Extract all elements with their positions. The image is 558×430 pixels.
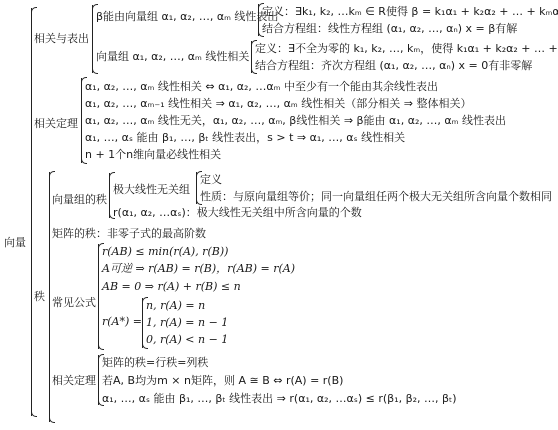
adjugate-case-3: 0, r(A) < n − 1 bbox=[146, 333, 228, 347]
formula-ab-zero: AB = 0 ⇒ r(A) + r(B) ≤ n bbox=[102, 280, 241, 294]
rank-theorem-2: 若A, B均为m × n矩阵，则 A ≅ B ⇔ r(A) = r(B) bbox=[102, 374, 343, 388]
max-independent-set-property: 性质：与原向量组等价；同一向量组任两个极大无关组所含向量个数相同 bbox=[200, 190, 552, 204]
rank-theorems-label: 相关定理 bbox=[52, 374, 96, 388]
rank-theorem-3: α₁, …, αₛ 能由 β₁, …, βₜ 线性表出 ⇒ r(α₁, α₂, … bbox=[102, 392, 457, 406]
max-independent-set-label: 极大线性无关组 bbox=[113, 183, 190, 197]
max-independent-set-definition: 定义 bbox=[200, 173, 222, 187]
brace-related-theorems bbox=[81, 78, 82, 163]
brace-related-expressed bbox=[92, 5, 93, 73]
linear-dependence-label: 向量组 α₁, α₂, …, αₘ 线性相关 bbox=[96, 50, 249, 64]
rank-theorem-1: 矩阵的秩=行秩=列秩 bbox=[102, 356, 208, 370]
root-label-vector: 向量 bbox=[4, 236, 26, 250]
vector-group-rank-label: 向量组的秩 bbox=[52, 193, 107, 207]
rank-definition: r(α₁, α₂, …αₛ)：极大线性无关组中所含向量的个数 bbox=[113, 206, 362, 220]
adjugate-case-2: 1, r(A) = n − 1 bbox=[146, 316, 228, 330]
matrix-rank-definition: 矩阵的秩：非零子式的最高阶数 bbox=[52, 227, 206, 241]
linear-dependence-equation-system: 结合方程组：齐次方程组 (α₁, α₂, …, αₙ) x = 0有非零解 bbox=[255, 59, 532, 73]
brace-vector-group-rank bbox=[109, 173, 110, 218]
theorem-2: α₁, α₂, …, αₘ₋₁ 线性相关 ⇒ α₁, α₂, …, αₘ 线性相… bbox=[85, 97, 471, 111]
beta-expressible-label: β能由向量组 α₁, α₂, …, αₘ 线性表出 bbox=[96, 10, 278, 24]
formula-adjugate-rank: r(A*) = bbox=[102, 315, 142, 329]
brace-rank bbox=[49, 172, 50, 422]
root-brace bbox=[31, 8, 32, 416]
branch-related-theorems: 相关定理 bbox=[34, 117, 78, 131]
formula-rank-product: r(AB) ≤ min(r(A), r(B)) bbox=[102, 245, 228, 259]
beta-expressible-definition: 定义：∃k₁, k₂, …kₘ ∈ R使得 β = k₁α₁ + k₂α₂ + … bbox=[262, 5, 558, 19]
linear-dependence-definition: 定义：∃不全为零的 k₁, k₂, …, kₘ，使得 k₁α₁ + k₂α₂ +… bbox=[255, 42, 558, 56]
branch-rank: 秩 bbox=[34, 290, 45, 304]
theorem-4: α₁, …, αₛ 能由 β₁, …, βₜ 线性表出，s > t ⇒ α₁, … bbox=[85, 131, 405, 145]
brace-linear-dependence bbox=[251, 41, 252, 73]
branch-related-and-expressed: 相关与表出 bbox=[34, 32, 89, 46]
theorem-1: α₁, α₂, …, αₘ 线性相关 ⇔ α₁, α₂, …αₘ 中至少有一个能… bbox=[85, 80, 438, 94]
brace-rank-theorems bbox=[98, 355, 99, 405]
brace-common-formulas bbox=[98, 244, 99, 349]
formula-invertible: A可逆 ⇒ r(AB) = r(B)，r(AB) = r(A) bbox=[102, 262, 295, 276]
brace-max-independent-set bbox=[196, 172, 197, 204]
theorem-5: n + 1个n维向量必线性相关 bbox=[85, 148, 221, 162]
adjugate-case-1: n, r(A) = n bbox=[146, 299, 205, 313]
theorem-3: α₁, α₂, …, αₘ 线性无关，α₁, α₂, …, αₘ, β线性相关 … bbox=[85, 114, 506, 128]
beta-expressible-equation-system: 结合方程组：线性方程组 (α₁, α₂, …, αₙ) x = β有解 bbox=[262, 22, 517, 36]
brace-beta-expressible bbox=[258, 4, 259, 36]
common-formulas-label: 常见公式 bbox=[52, 296, 96, 310]
brace-adjugate-cases bbox=[142, 298, 143, 348]
